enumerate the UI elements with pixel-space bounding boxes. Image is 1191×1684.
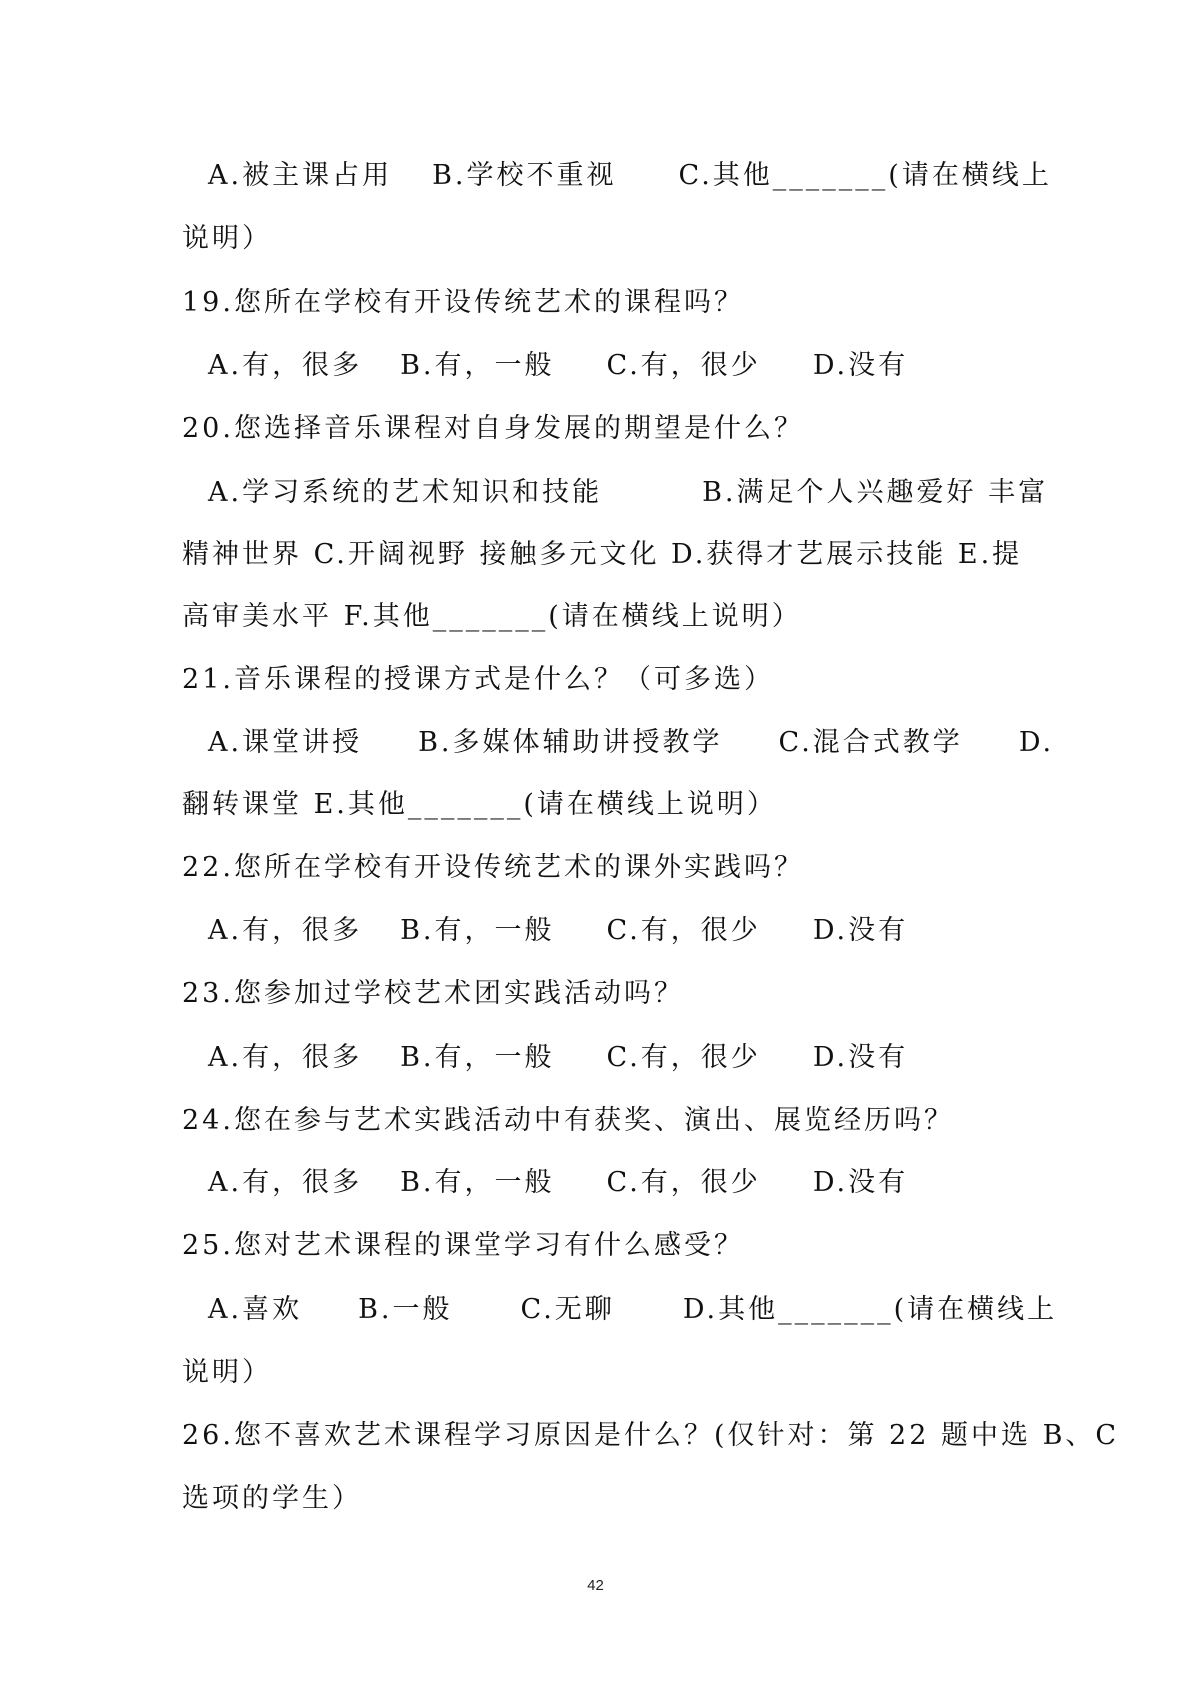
options-line: A.喜欢B.一般C.无聊D.其他_______(请在横线上 [208,1292,1017,1328]
text-line: 翻转课堂 E.其他_______(请在横线上说明） [182,787,1017,823]
option-item: D.没有 [813,913,908,949]
option-item: B.有，一般 [400,1165,554,1201]
option-item: B.学校不重视 [432,158,616,194]
option-item: A.有，很多 [208,348,362,384]
option-item: C.有，很少 [607,1165,761,1201]
option-item: B.有，一般 [400,913,554,949]
option-item: D.没有 [813,1165,908,1201]
option-item: B.有，一般 [400,1040,554,1076]
options-line: A.有，很多B.有，一般C.有，很少D.没有 [208,1040,1017,1076]
options-line: A.被主课占用B.学校不重视C.其他_______(请在横线上 [208,158,1017,194]
options-line: A.学习系统的艺术知识和技能B.满足个人兴趣爱好 丰富 [208,475,1017,511]
options-line: A.有，很多B.有，一般C.有，很少D.没有 [208,1165,1017,1201]
question-line: 20.您选择音乐课程对自身发展的期望是什么？ [182,411,1017,447]
question-line: 24.您在参与艺术实践活动中有获奖、演出、展览经历吗？ [182,1103,1017,1139]
options-line: A.有，很多B.有，一般C.有，很少D.没有 [208,348,1017,384]
text-line: 说明） [182,1355,1017,1391]
option-item: A.喜欢 [208,1292,302,1328]
option-item: C.有，很少 [607,913,761,949]
option-item: C.混合式教学 [779,725,963,761]
text-line: 选项的学生） [182,1481,1017,1517]
option-item: A.有，很多 [208,1040,362,1076]
options-line: A.有，很多B.有，一般C.有，很少D.没有 [208,913,1017,949]
option-item: C.无聊 [521,1292,615,1328]
page-number: 42 [0,1577,1191,1594]
option-item: B.有，一般 [400,348,554,384]
option-item: A.课堂讲授 [208,725,362,761]
text-line: 精神世界 C.开阔视野 接触多元文化 D.获得才艺展示技能 E.提 [182,537,1017,573]
option-item: C.有，很少 [607,1040,761,1076]
question-line: 26.您不喜欢艺术课程学习原因是什么？(仅针对：第 22 题中选 B、C [182,1418,1017,1454]
question-line: 25.您对艺术课程的课堂学习有什么感受？ [182,1228,1017,1264]
question-line: 21.音乐课程的授课方式是什么？（可多选） [182,662,1017,698]
option-item: C.其他_______(请在横线上 [679,158,1052,194]
text-line: 说明） [182,221,1017,257]
option-item: C.有，很少 [607,348,761,384]
option-item: D.没有 [813,348,908,384]
option-item: D.其他_______(请在横线上 [683,1292,1057,1328]
text-line: 高审美水平 F.其他_______(请在横线上说明） [182,599,1017,635]
option-item: A.学习系统的艺术知识和技能 [208,475,602,511]
question-line: 22.您所在学校有开设传统艺术的课外实践吗？ [182,850,1017,886]
option-item: D.没有 [813,1040,908,1076]
option-item: D. [1019,725,1054,761]
option-item: B.多媒体辅助讲授教学 [418,725,722,761]
option-item: A.被主课占用 [208,158,392,194]
question-line: 23.您参加过学校艺术团实践活动吗？ [182,976,1017,1012]
option-item: A.有，很多 [208,913,362,949]
option-item: B.满足个人兴趣爱好 丰富 [702,475,1048,511]
option-item: A.有，很多 [208,1165,362,1201]
options-line: A.课堂讲授B.多媒体辅助讲授教学C.混合式教学D. [208,725,1017,761]
option-item: B.一般 [358,1292,452,1328]
question-line: 19.您所在学校有开设传统艺术的课程吗？ [182,285,1017,321]
